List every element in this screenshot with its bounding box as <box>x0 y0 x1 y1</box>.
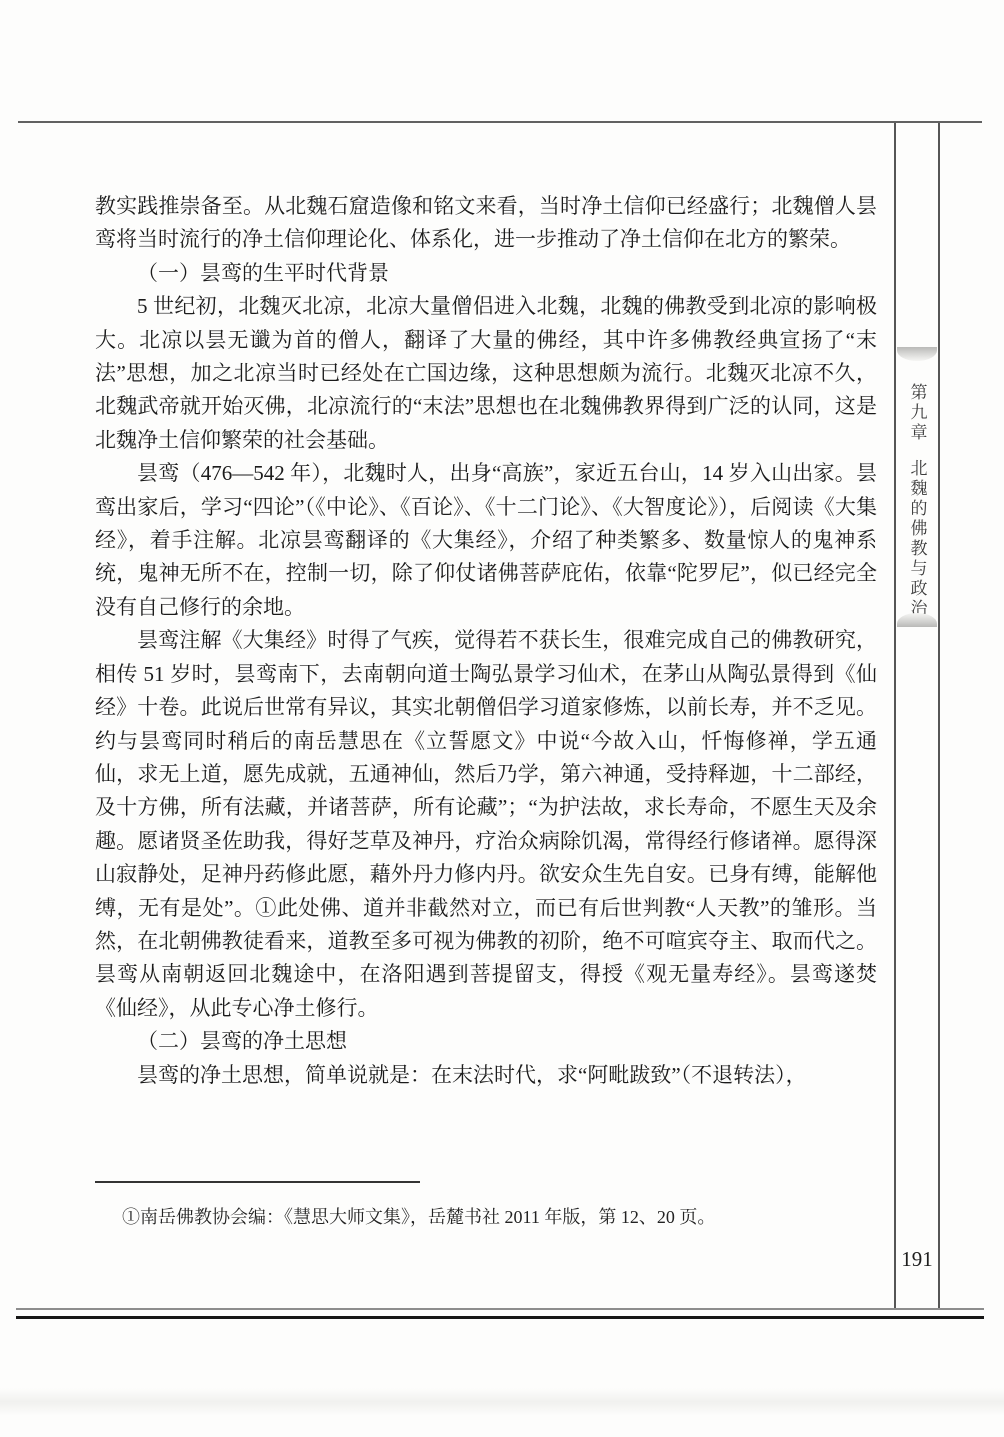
sidebar-ornament-top <box>897 347 937 361</box>
paragraph-body: 昙鸾注解《大集经》时得了气疾，觉得若不获长生，很难完成自己的佛教研究，相传 51… <box>95 624 877 1025</box>
paragraph-body: 昙鸾的净土思想，简单说就是：在末法时代，求“阿毗跋致”（不退转法）， <box>95 1059 877 1092</box>
section-heading-1: （一）昙鸾的生平时代背景 <box>95 257 877 290</box>
sidebar-ornament-bottom <box>897 613 937 627</box>
footnote-divider <box>95 1181 420 1183</box>
bottom-rule-thick <box>16 1316 984 1319</box>
page-number: 191 <box>894 1247 940 1272</box>
footnote-text: ①南岳佛教协会编：《慧思大师文集》，岳麓书社 2011 年版，第 12、20 页… <box>122 1204 832 1231</box>
paragraph-body: 5 世纪初，北魏灭北凉，北凉大量僧侣进入北魏，北魏的佛教受到北凉的影响极大。北凉… <box>95 290 877 457</box>
scan-shadow <box>0 1388 1004 1416</box>
chapter-sidebar: 第九章北魏的佛教与政治 <box>894 123 940 1308</box>
section-heading-2: （二）昙鸾的净土思想 <box>95 1025 877 1058</box>
chapter-vertical-title: 第九章北魏的佛教与政治 <box>905 383 930 619</box>
paragraph-body: 昙鸾（476—542 年），北魏时人，出身“高族”，家近五台山，14 岁入山出家… <box>95 457 877 624</box>
chapter-number-label: 第九章 <box>908 383 927 443</box>
chapter-title-label: 北魏的佛教与政治 <box>908 443 927 619</box>
book-page: 教实践推崇备至。从北魏石窟造像和铭文来看，当时净土信仰已经盛行；北魏僧人昙鸾将当… <box>0 0 1004 1437</box>
bottom-rule-thin <box>16 1308 984 1310</box>
top-rule <box>18 121 982 123</box>
paragraph-continuation: 教实践推崇备至。从北魏石窟造像和铭文来看，当时净土信仰已经盛行；北魏僧人昙鸾将当… <box>95 190 877 257</box>
main-text-block: 教实践推崇备至。从北魏石窟造像和铭文来看，当时净土信仰已经盛行；北魏僧人昙鸾将当… <box>95 190 877 1092</box>
